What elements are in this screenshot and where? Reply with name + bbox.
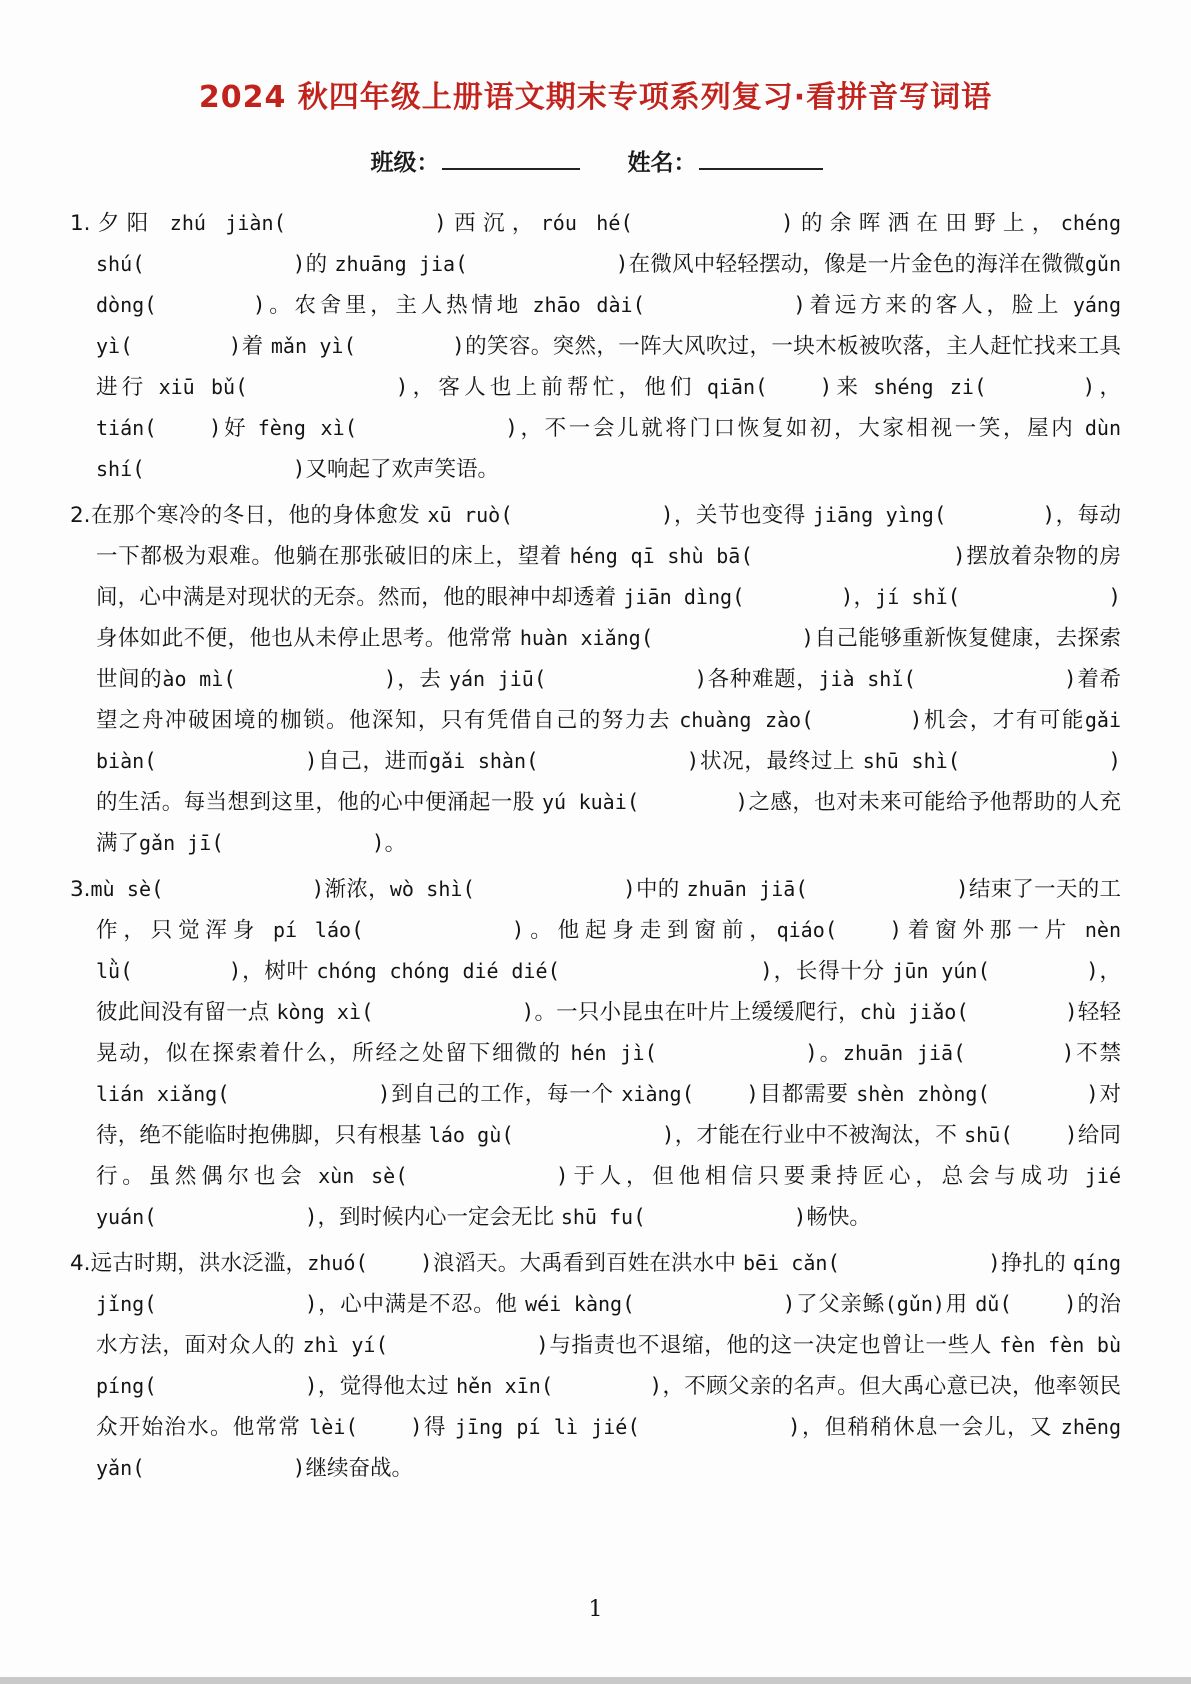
answer-blank: () xyxy=(633,293,806,317)
answer-blank: () xyxy=(235,375,408,399)
item-number: 4. xyxy=(70,1251,91,1276)
item-number: 1. xyxy=(70,211,91,236)
chinese-text: ，关节也变得 xyxy=(674,503,813,528)
answer-blank: () xyxy=(395,1164,568,1188)
answer-blank: () xyxy=(534,667,707,691)
chinese-text: 。 xyxy=(818,1041,843,1066)
pinyin-text: hén jì xyxy=(570,1041,644,1065)
chinese-text: ，到时候内心一定会无比 xyxy=(317,1205,560,1230)
answer-blank: () xyxy=(345,1415,422,1439)
answer-blank: () xyxy=(801,708,922,732)
chinese-text: 的 xyxy=(305,252,334,277)
answer-blank: () xyxy=(548,959,773,983)
answer-blank: () xyxy=(627,790,748,814)
answer-blank: () xyxy=(223,667,396,691)
chinese-text: 来 xyxy=(832,375,873,400)
pinyin-text: chuàng zào xyxy=(679,708,801,732)
pinyin-text: ào mì xyxy=(162,667,223,691)
chinese-text: 了父亲鲧 xyxy=(795,1292,884,1317)
chinese-text: 的余晖洒在田野上， xyxy=(794,211,1061,236)
name-field-underline xyxy=(699,148,823,170)
answer-blank: () xyxy=(977,1082,1098,1106)
answer-blank: () xyxy=(627,1415,800,1439)
bottom-strip xyxy=(0,1677,1191,1684)
pinyin-text: jià shǐ xyxy=(818,667,903,691)
answer-blank: () xyxy=(934,503,1055,527)
chinese-text: 。他起身走到窗前， xyxy=(524,918,776,943)
chinese-text: ，觉得他太过 xyxy=(317,1374,456,1399)
answer-blank: () xyxy=(825,918,902,942)
answer-blank: () xyxy=(541,1374,662,1398)
answer-blank: () xyxy=(903,667,1076,691)
pinyin-text: lián xiǎng xyxy=(96,1082,217,1106)
answer-blank: () xyxy=(999,1292,1076,1316)
pinyin-text: yú kuài xyxy=(542,790,627,814)
chinese-text: ，去 xyxy=(397,667,449,692)
answer-blank: () xyxy=(144,293,265,317)
answer-blank: () xyxy=(1000,1123,1077,1147)
pinyin-text: shèn zhòng xyxy=(856,1082,977,1106)
answer-blank: () xyxy=(948,749,1121,773)
worksheet-page: 2024 秋四年级上册语文期末专项系列复习·看拼音写词语 班级：姓名： 1.夕阳… xyxy=(0,72,1191,1489)
item-number: 2. xyxy=(70,503,91,528)
answer-blank: () xyxy=(633,1205,806,1229)
answer-blank: () xyxy=(682,1082,759,1106)
class-field-underline xyxy=(442,148,580,170)
answer-blank: () xyxy=(977,959,1098,983)
pinyin-text: chóng chóng dié dié xyxy=(316,959,547,983)
chinese-text: ，但稍稍休息一会儿，又 xyxy=(801,1415,1061,1440)
pinyin-text: jiān dìng xyxy=(623,585,732,609)
pinyin-text: xū ruò xyxy=(428,503,501,527)
chinese-text: ， xyxy=(853,585,875,610)
answer-blank: () xyxy=(351,918,524,942)
answer-blank: () xyxy=(645,1041,818,1065)
answer-blank: () xyxy=(144,1374,317,1398)
chinese-text: 用 xyxy=(945,1292,975,1317)
chinese-text: ，才能在行业中不被淘汰，不 xyxy=(675,1123,965,1148)
pinyin-text: qiáo xyxy=(777,918,825,942)
pinyin-text: hěn xīn xyxy=(456,1374,541,1398)
pinyin-text: chù jiǎo xyxy=(860,1000,957,1024)
worksheet-items: 1.夕阳 zhú jiàn()西沉，róu hé()的余晖洒在田野上，chéng… xyxy=(70,203,1121,1489)
pinyin-text: jīng pí lì jié xyxy=(455,1415,627,1439)
answer-blank: () xyxy=(501,1123,674,1147)
answer-blank: () xyxy=(151,877,324,901)
answer-blank: () xyxy=(144,1205,317,1229)
answer-blank: () xyxy=(120,959,241,983)
chinese-text: 畅快。 xyxy=(806,1205,871,1230)
chinese-text: 又响起了欢声笑语。 xyxy=(305,457,499,482)
pinyin-text: mǎn yì xyxy=(271,334,344,358)
chinese-text: 得 xyxy=(423,1415,455,1440)
chinese-text: 夕阳 xyxy=(91,211,170,236)
pinyin-text: yán jiū xyxy=(449,667,534,691)
chinese-text: ，不一会儿就将门口恢复如初，大家相视一笑，屋内 xyxy=(518,416,1085,441)
answer-blank: () xyxy=(827,1251,1000,1275)
chinese-text: 状况，最终过上 xyxy=(699,749,862,774)
chinese-text: 到自己的工作，每一个 xyxy=(390,1082,621,1107)
answer-blank: () xyxy=(948,585,1121,609)
chinese-text: 西沉， xyxy=(447,211,541,236)
answer-blank: () xyxy=(375,1333,548,1357)
pinyin-text: shéng zi xyxy=(873,375,974,399)
answer-blank: () xyxy=(132,1456,305,1480)
worksheet-item: 2.在那个寒冷的冬日，他的身体愈发 xū ruò()，关节也变得 jiāng y… xyxy=(70,495,1121,864)
worksheet-item: 4.远古时期，洪水泛滥，zhuó()浪滔天。大禹看到百姓在洪水中 bēi cǎn… xyxy=(70,1243,1121,1489)
worksheet-item: 3.mù sè()渐浓，wò shì()中的 zhuān jiā()结束了一天的… xyxy=(70,869,1121,1238)
pinyin-text: wò shì xyxy=(390,877,463,901)
student-info-line: 班级：姓名： xyxy=(70,144,1121,177)
chinese-text: 浪滔天。大禹看到百姓在洪水中 xyxy=(433,1251,743,1276)
chinese-text: 继续奋战。 xyxy=(305,1456,413,1481)
pinyin-text: gǎi shàn xyxy=(429,749,526,773)
chinese-text: 机会，才有可能 xyxy=(922,708,1084,733)
page-number: 1 xyxy=(0,1597,1191,1622)
chinese-text: 。 xyxy=(385,831,407,856)
answer-blank: () xyxy=(622,1292,795,1316)
pinyin-text: jiāng yìng xyxy=(813,503,934,527)
answer-blank: () xyxy=(526,749,699,773)
answer-blank: () xyxy=(132,252,305,276)
chinese-text: 在微风中轻轻摆动，像是一片金色的海洋在微微 xyxy=(628,252,1084,277)
chinese-text: 着 xyxy=(241,334,270,359)
pinyin-text: xiàng xyxy=(621,1082,681,1106)
answer-blank: () xyxy=(273,211,446,235)
answer-blank: () xyxy=(217,1082,390,1106)
chinese-text: ，树叶 xyxy=(241,959,316,984)
chinese-text: ，长得十分 xyxy=(773,959,893,984)
answer-blank: () xyxy=(345,416,518,440)
pinyin-text: dǔ xyxy=(975,1292,999,1316)
answer-blank: () xyxy=(355,1251,432,1275)
answer-blank: () xyxy=(132,457,305,481)
chinese-text: 挣扎的 xyxy=(1001,1251,1073,1276)
chinese-text: 自己，进而 xyxy=(317,749,429,774)
chinese-text: 。一只小昆虫在叶片上缓缓爬行， xyxy=(534,1000,859,1025)
chinese-text: 于人，但他相信只要秉持匠心，总会与成功 xyxy=(569,1164,1085,1189)
pinyin-text: mù sè xyxy=(91,877,151,901)
answer-blank: () xyxy=(956,1000,1077,1024)
chinese-text: ，心中满是不忍。他 xyxy=(317,1292,525,1317)
pinyin-text: wéi kàng xyxy=(525,1292,622,1316)
pinyin-text: shū fu xyxy=(561,1205,633,1229)
answer-blank: () xyxy=(144,749,317,773)
pinyin-text: zhuān jiā xyxy=(687,877,796,901)
pinyin-text: róu hé xyxy=(541,211,621,235)
answer-blank: () xyxy=(732,585,853,609)
answer-blank: () xyxy=(974,375,1095,399)
answer-blank: () xyxy=(740,544,965,568)
pinyin-text: zhuó xyxy=(307,1251,355,1275)
chinese-text: 渐浓， xyxy=(324,877,390,902)
pinyin-text: lèi xyxy=(309,1415,345,1439)
answer-blank: () xyxy=(120,334,241,358)
chinese-text: 好 xyxy=(221,416,257,441)
chinese-text: 不禁 xyxy=(1074,1041,1121,1066)
answer-blank: () xyxy=(343,334,464,358)
chinese-text: ，客人也上前帮忙，他们 xyxy=(408,375,706,400)
chinese-text: 着远方来的客人，脸上 xyxy=(806,293,1073,318)
answer-blank: () xyxy=(462,877,635,901)
item-number: 3. xyxy=(70,877,91,902)
chinese-text: 目都需要 xyxy=(759,1082,856,1107)
pinyin-text: shū xyxy=(964,1123,1000,1147)
answer-blank: () xyxy=(500,503,673,527)
answer-blank: () xyxy=(755,375,832,399)
pinyin-text: xùn sè xyxy=(318,1164,395,1188)
pinyin-text: huàn xiǎng xyxy=(520,626,641,650)
chinese-text: 各种难题， xyxy=(707,667,818,692)
name-label: 姓名： xyxy=(628,150,697,176)
pinyin-text: gǎn jī xyxy=(139,831,211,855)
pinyin-text: tián xyxy=(96,416,144,440)
pinyin-text: pí láo xyxy=(273,918,351,942)
pinyin-text: fèng xì xyxy=(258,416,345,440)
chinese-text: 中的 xyxy=(636,877,687,902)
pinyin-text: zhāo dài xyxy=(532,293,632,317)
worksheet-item: 1.夕阳 zhú jiàn()西沉，róu hé()的余晖洒在田野上，chéng… xyxy=(70,203,1121,490)
pinyin-text: shū shì xyxy=(863,749,948,773)
pinyin-text: zhì yí xyxy=(303,1333,376,1357)
chinese-text: 。农舍里，主人热情地 xyxy=(265,293,532,318)
answer-blank: () xyxy=(641,626,814,650)
pinyin-text: jí shǐ xyxy=(875,585,947,609)
pinyin-text: zhú jiàn xyxy=(170,211,274,235)
chinese-text: 远古时期，洪水泛滥， xyxy=(91,1251,308,1276)
answer-blank: () xyxy=(211,831,384,855)
chinese-text: 着窗外那一片 xyxy=(902,918,1085,943)
pinyin-text: qiān xyxy=(707,375,755,399)
class-label: 班级： xyxy=(371,150,440,176)
chinese-text: 与指责也不退缩，他的这一决定也曾让一些人 xyxy=(549,1333,1000,1358)
answer-blank: () xyxy=(620,211,793,235)
chinese-text: ， xyxy=(1095,375,1121,400)
chinese-text: 身体如此不便，他也从未停止思考。他常常 xyxy=(96,626,520,651)
answer-blank: () xyxy=(361,1000,534,1024)
pinyin-text: jūn yún xyxy=(892,959,977,983)
answer-blank: () xyxy=(144,416,221,440)
pinyin-text: kòng xì xyxy=(277,1000,361,1024)
pinyin-text: bēi cǎn xyxy=(743,1251,827,1275)
answer-blank: () xyxy=(953,1041,1074,1065)
page-title: 2024 秋四年级上册语文期末专项系列复习·看拼音写词语 xyxy=(70,72,1121,116)
pinyin-text: zhuāng jia xyxy=(334,252,455,276)
pinyin-text: zhuān jiā xyxy=(843,1041,953,1065)
chinese-text: 在那个寒冷的冬日，他的身体愈发 xyxy=(91,503,428,528)
answer-blank: () xyxy=(455,252,628,276)
pinyin-text: (gǔn) xyxy=(885,1292,945,1316)
pinyin-text: héng qī shù bā xyxy=(570,544,741,568)
pinyin-text: xiū bǔ xyxy=(159,375,236,399)
pinyin-text: láo gù xyxy=(429,1123,501,1147)
answer-blank: () xyxy=(795,877,968,901)
chinese-text: 的生活。每当想到这里，他的心中便涌起一股 xyxy=(96,790,542,815)
answer-blank: () xyxy=(144,1292,317,1316)
